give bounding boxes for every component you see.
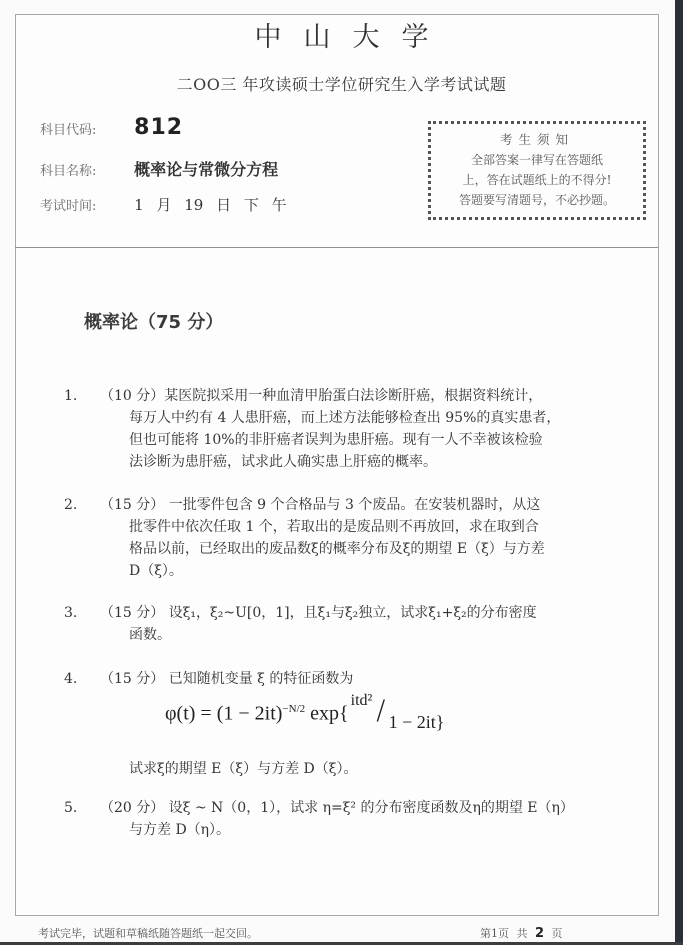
question-4-followup: 试求ξ的期望 E（ξ）与方差 D（ξ）。 <box>129 758 609 780</box>
question-line: 但也可能将 10%的非肝癌者误判为患肝癌。现有一人不幸被该检验 <box>100 429 624 451</box>
notice-title: 考生须知 <box>431 130 643 150</box>
section-title: 概率论（75 分） <box>84 308 223 334</box>
question-line: D（ξ）。 <box>100 560 624 582</box>
exam-time: 1 月 19 日 下 午 <box>134 196 286 214</box>
question-4: 4. （15 分） 已知随机变量 ξ 的特征函数为 <box>64 668 624 690</box>
question-points: （15 分） <box>100 497 164 513</box>
question-points: （15 分） <box>100 605 164 621</box>
question-line: 格品以前，已经取出的废品数ξ的概率分布及ξ的期望 E（ξ）与方差 <box>100 538 624 560</box>
university-name: 中山大学 <box>0 15 683 54</box>
question-line: 法诊断为患肝癌，试求此人确实患上肝癌的概率。 <box>100 451 624 473</box>
subject-code-row: 科目代码: 812 <box>40 115 183 139</box>
exam-time-row: 考试时间: 1 月 19 日 下 午 <box>40 194 287 218</box>
formula-numerator: itd² <box>351 692 373 710</box>
page-prefix: 第1页 共 <box>480 927 528 940</box>
footer-note: 考试完毕，试题和草稿纸随答题纸一起交回。 <box>38 925 258 941</box>
formula-denominator: 1 − 2it} <box>389 712 445 733</box>
question-number: 3. <box>64 602 94 624</box>
question-5: 5. （20 分） 设ξ ~ N（0，1），试求 η=ξ² 的分布密度函数及η的… <box>64 797 624 841</box>
candidate-notice-box: 考生须知 全部答案一律写在答题纸 上，答在试题纸上的不得分! 答题要写清题号，不… <box>428 121 646 220</box>
question-line: 设ξ ~ N（0，1），试求 η=ξ² 的分布密度函数及η的期望 E（η） <box>169 800 574 816</box>
page-indicator: 第1页 共 2 页 <box>480 925 563 941</box>
question-line: 一批零件包含 9 个合格品与 3 个废品。在安装机器时，从这 <box>169 497 541 513</box>
subject-code: 812 <box>134 115 183 140</box>
question-1: 1. （10 分）某医院拟采用一种血清甲胎蛋白法诊断肝癌，根据资料统计， 每万人… <box>64 385 624 473</box>
page-total: 2 <box>535 926 544 941</box>
question-points: （15 分） <box>100 671 164 687</box>
notice-line: 上，答在试题纸上的不得分! <box>431 170 643 190</box>
exam-title: 二OO三 年攻读硕士学位研究生入学考试试题 <box>0 72 683 95</box>
question-number: 1. <box>64 385 94 407</box>
question-line: 函数。 <box>100 624 624 646</box>
subject-name: 概率论与常微分方程 <box>134 160 278 179</box>
question-line: 设ξ₁，ξ₂~U[0，1]，且ξ₁与ξ₂独立，试求ξ₁+ξ₂的分布密度 <box>169 605 537 621</box>
question-2: 2. （15 分） 一批零件包含 9 个合格品与 3 个废品。在安装机器时，从这… <box>64 494 624 582</box>
header-divider <box>15 247 658 248</box>
notice-line: 全部答案一律写在答题纸 <box>431 150 643 170</box>
subject-code-label: 科目代码: <box>40 119 130 138</box>
question-number: 2. <box>64 494 94 516</box>
scan-edge <box>675 0 683 945</box>
question-line: 与方差 D（η）。 <box>100 819 624 841</box>
formula-slash: / <box>377 692 385 729</box>
exam-time-label: 考试时间: <box>40 195 130 214</box>
page-suffix: 页 <box>552 927 563 940</box>
question-line: 批零件中依次任取 1 个，若取出的是废品则不再放回，求在取到合 <box>100 516 624 538</box>
question-number: 4. <box>64 668 94 690</box>
formula-exp: exp{ <box>305 703 348 725</box>
question-line: 某医院拟采用一种血清甲胎蛋白法诊断肝癌，根据资料统计， <box>164 388 542 404</box>
characteristic-function-formula: φ(t) = (1 − 2it)−N/2 exp{itd²/1 − 2it} <box>165 700 419 730</box>
question-3: 3. （15 分） 设ξ₁，ξ₂~U[0，1]，且ξ₁与ξ₂独立，试求ξ₁+ξ₂… <box>64 602 624 646</box>
subject-name-row: 科目名称: 概率论与常微分方程 <box>40 157 278 181</box>
subject-name-label: 科目名称: <box>40 160 130 179</box>
formula-exponent: −N/2 <box>282 703 305 715</box>
question-number: 5. <box>64 797 94 819</box>
question-points: （20 分） <box>100 800 164 816</box>
formula-fraction: itd²/1 − 2it} <box>349 700 419 730</box>
question-line: 每万人中约有 4 人患肝癌，而上述方法能够检查出 95%的真实患者， <box>100 407 624 429</box>
formula-lhs: φ(t) = (1 − 2it) <box>165 703 282 725</box>
notice-line: 答题要写清题号，不必抄题。 <box>431 190 643 210</box>
question-points: （10 分） <box>100 388 164 404</box>
question-line: 已知随机变量 ξ 的特征函数为 <box>169 671 354 687</box>
